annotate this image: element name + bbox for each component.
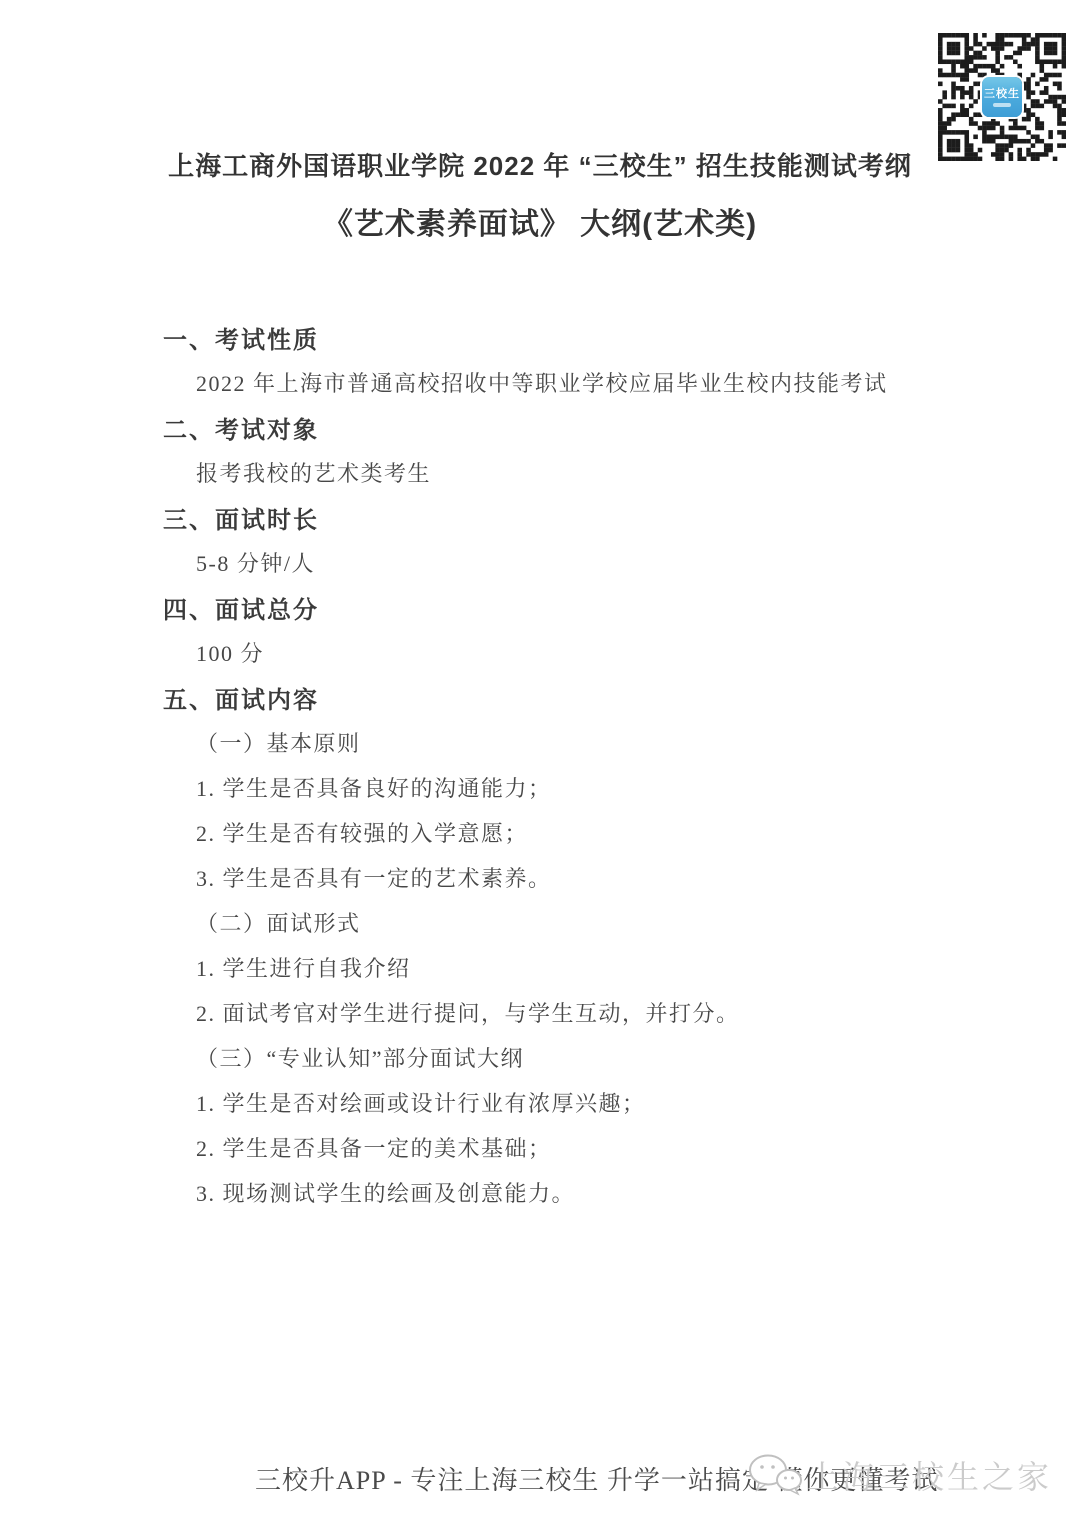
section-5-subheading-2: （二）面试形式 [163,900,950,945]
section-5-item: 2. 学生是否具备一定的美术基础； [163,1125,950,1170]
section-2-item: 报考我校的艺术类考生 [163,450,950,495]
wechat-icon [747,1452,803,1498]
page-footer: 三校升APP - 专注上海三校生 升学一站搞定 懂你更懂考试 上海三校生之家 [0,1452,1080,1512]
section-5-item: 3. 学生是否具有一定的艺术素养。 [163,855,950,900]
footer-watermark-text: 上海三校生之家 [807,1452,1052,1498]
document-title: 上海工商外国语职业学院 2022 年 “三校生” 招生技能测试考纲 [0,146,1080,183]
section-5-item: 1. 学生进行自我介绍 [163,945,950,990]
document-body: 一、考试性质 2022 年上海市普通高校招收中等职业学校应届毕业生校内技能考试 … [163,315,950,1215]
section-5-subheading-3: （三）“专业认知”部分面试大纲 [163,1035,950,1080]
section-4-heading: 四、面试总分 [163,585,950,630]
section-5-item: 1. 学生是否对绘画或设计行业有浓厚兴趣； [163,1080,950,1125]
qr-logo-label: 三校生 [984,88,1020,100]
footer-watermark: 上海三校生之家 [747,1452,1052,1498]
section-5-heading: 五、面试内容 [163,675,950,720]
section-5-item: 3. 现场测试学生的绘画及创意能力。 [163,1170,950,1215]
section-3-item: 5-8 分钟/人 [163,540,950,585]
section-5-item: 2. 面试考官对学生进行提问，与学生互动，并打分。 [163,990,950,1035]
section-4-item: 100 分 [163,630,950,675]
section-1-item: 2022 年上海市普通高校招收中等职业学校应届毕业生校内技能考试 [163,360,950,405]
section-5-item: 1. 学生是否具备良好的沟通能力； [163,765,950,810]
qr-code: 三校生 [938,33,1066,161]
section-5-item: 2. 学生是否有较强的入学意愿； [163,810,950,855]
document-page: { "header": { "title": "上海工商外国语职业学院 2022… [0,0,1080,1527]
section-2-heading: 二、考试对象 [163,405,950,450]
section-5-subheading-1: （一）基本原则 [163,720,950,765]
section-3-heading: 三、面试时长 [163,495,950,540]
qr-center-logo: 三校生 [982,77,1022,117]
section-1-heading: 一、考试性质 [163,315,950,360]
document-subtitle: 《艺术素养面试》 大纲(艺术类) [0,199,1080,243]
qr-logo-pill [993,103,1011,107]
